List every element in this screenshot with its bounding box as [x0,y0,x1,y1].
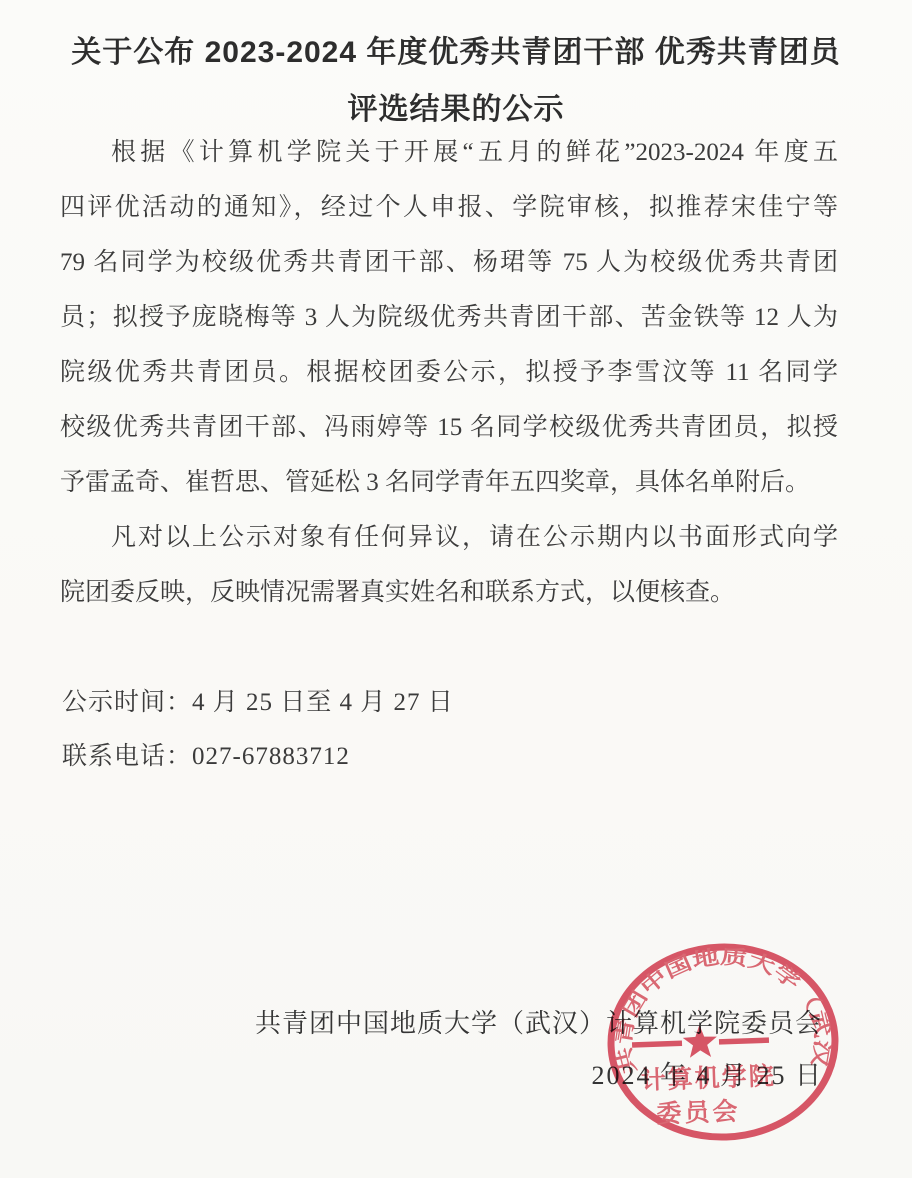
contact-phone: 联系电话：027-67883712 [62,736,350,772]
seal-center-line2: 委员会 [656,1096,741,1128]
document-title: 关于公布 2023-2024 年度优秀共青团干部 优秀共青团员 评选结果的公示 [0,24,912,138]
star-icon [682,1024,717,1058]
paragraph1-line: 校级优秀共青团干部、冯雨婷等 15 名同学校级优秀共青团员，拟授 [60,400,838,455]
paragraph1-line: 予雷孟奇、崔哲思、管延松 3 名同学青年五四奖章，具体名单附后。 [60,455,838,510]
paragraph1-line: 员；拟授予庞晓梅等 3 人为院级优秀共青团干部、苦金铁等 12 人为 [60,290,838,345]
seal-right-bar [719,1037,769,1044]
paragraph1-line: 根据《计算机学院关于开展“五月的鲜花”2023-2024 年度五 [60,125,838,180]
paragraph2-line: 凡对以上公示对象有任何异议，请在公示期内以书面形式向学 [60,510,838,565]
paragraph2-line: 院团委反映，反映情况需署真实姓名和联系方式，以便核查。 [60,565,838,620]
scanned-document-page: 关于公布 2023-2024 年度优秀共青团干部 优秀共青团员 评选结果的公示 … [0,0,912,1178]
official-seal: 共青团中国地质大学（武汉） 计算机学院 委员会 [592,934,855,1151]
paragraph1-line: 79 名同学为校级优秀共青团干部、杨珺等 75 人为校级优秀共青团 [60,235,838,290]
paragraph1-line: 院级优秀共青团员。根据校团委公示，拟授予李雪汶等 11 名同学 [60,345,838,400]
seal-left-bar [632,1040,682,1047]
document-body: 根据《计算机学院关于开展“五月的鲜花”2023-2024 年度五 四评优活动的通… [60,125,838,620]
document-title-line1: 关于公布 2023-2024 年度优秀共青团干部 优秀共青团员 [0,24,912,81]
paragraph1-line: 四评优活动的通知》，经过个人申报、学院审核，拟推荐宋佳宁等 [60,180,838,235]
publicity-time: 公示时间：4 月 25 日至 4 月 27 日 [62,682,454,718]
svg-text:共青团中国地质大学（武汉）: 共青团中国地质大学（武汉） [592,934,836,1079]
seal-ring-text: 共青团中国地质大学（武汉） [592,934,836,1079]
seal-center-line1: 计算机学院 [640,1061,776,1095]
